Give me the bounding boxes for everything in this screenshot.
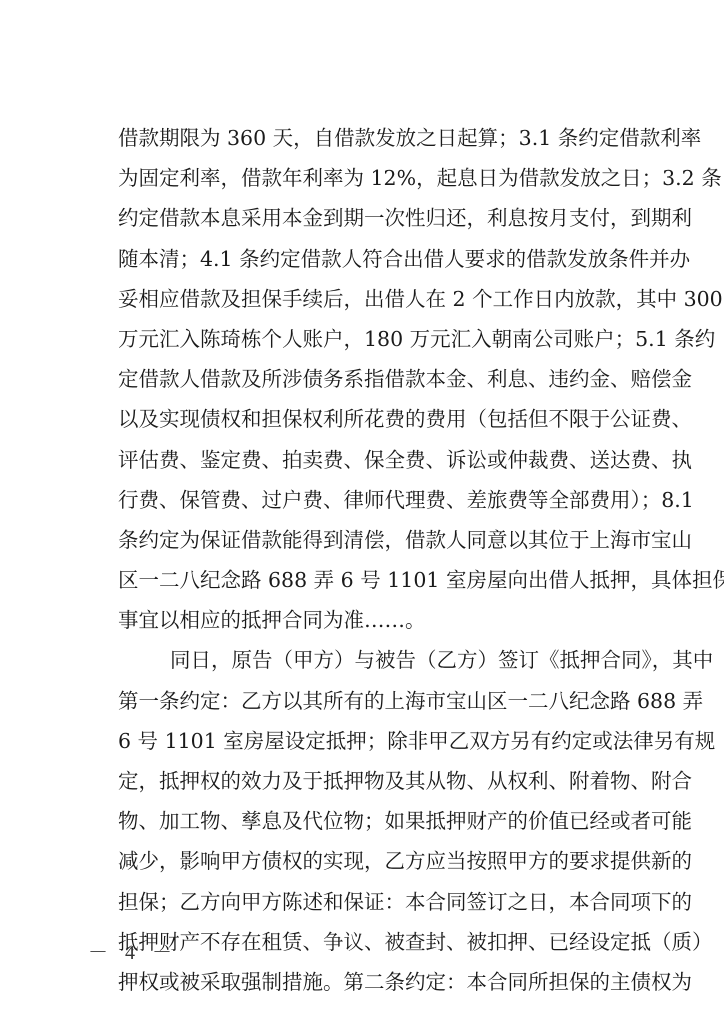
text-line: 评估费、鉴定费、拍卖费、保全费、诉讼或仲裁费、送达费、执	[118, 440, 644, 480]
text-line: 随本清；4.1 条约定借款人符合出借人要求的借款发放条件并办	[118, 239, 644, 279]
text-line: 万元汇入陈琦栋个人账户，180 万元汇入朝南公司账户；5.1 条约	[118, 319, 644, 359]
text-line: 为固定利率，借款年利率为 12%，起息日为借款发放之日；3.2 条	[118, 158, 644, 198]
page-number: － 4 －	[88, 936, 178, 965]
text-line: 担保；乙方向甲方陈述和保证：本合同签订之日，本合同项下的	[118, 882, 644, 922]
text-line: 行费、保管费、过户费、律师代理费、差旅费等全部费用）；8.1	[118, 480, 644, 520]
text-line: 妥相应借款及担保手续后，出借人在 2 个工作日内放款，其中 300	[118, 279, 644, 319]
text-line: 押权或被采取强制措施。第二条约定：本合同所担保的主债权为	[118, 962, 644, 1002]
text-line: 同日，原告（甲方）与被告（乙方）签订《抵押合同》，其中	[118, 640, 644, 680]
text-line: 事宜以相应的抵押合同为准……。	[118, 600, 644, 640]
paragraph-loan-terms: 借款期限为 360 天，自借款发放之日起算；3.1 条约定借款利率 为固定利率，…	[118, 118, 644, 640]
text-line: 物、加工物、孳息及代位物；如果抵押财产的价值已经或者可能	[118, 801, 644, 841]
text-line: 6 号 1101 室房屋设定抵押；除非甲乙双方另有约定或法律另有规	[118, 721, 644, 761]
paragraph-mortgage-contract: 同日，原告（甲方）与被告（乙方）签订《抵押合同》，其中 第一条约定：乙方以其所有…	[118, 640, 644, 1002]
text-line: 借款期限为 360 天，自借款发放之日起算；3.1 条约定借款利率	[118, 118, 644, 158]
document-body: 借款期限为 360 天，自借款发放之日起算；3.1 条约定借款利率 为固定利率，…	[118, 118, 644, 1002]
text-line: 以及实现债权和担保权利所花费的费用（包括但不限于公证费、	[118, 399, 644, 439]
text-line: 约定借款本息采用本金到期一次性归还，利息按月支付，到期利	[118, 198, 644, 238]
text-line: 抵押财产不存在租赁、争议、被查封、被扣押、已经设定抵（质）	[118, 922, 644, 962]
text-line: 区一二八纪念路 688 弄 6 号 1101 室房屋向出借人抵押，具体担保	[118, 560, 644, 600]
text-line: 定借款人借款及所涉债务系指借款本金、利息、违约金、赔偿金	[118, 359, 644, 399]
text-line: 定，抵押权的效力及于抵押物及其从物、从权利、附着物、附合	[118, 761, 644, 801]
text-line: 条约定为保证借款能得到清偿，借款人同意以其位于上海市宝山	[118, 520, 644, 560]
text-line: 减少，影响甲方债权的实现，乙方应当按照甲方的要求提供新的	[118, 841, 644, 881]
text-line: 第一条约定：乙方以其所有的上海市宝山区一二八纪念路 688 弄	[118, 681, 644, 721]
